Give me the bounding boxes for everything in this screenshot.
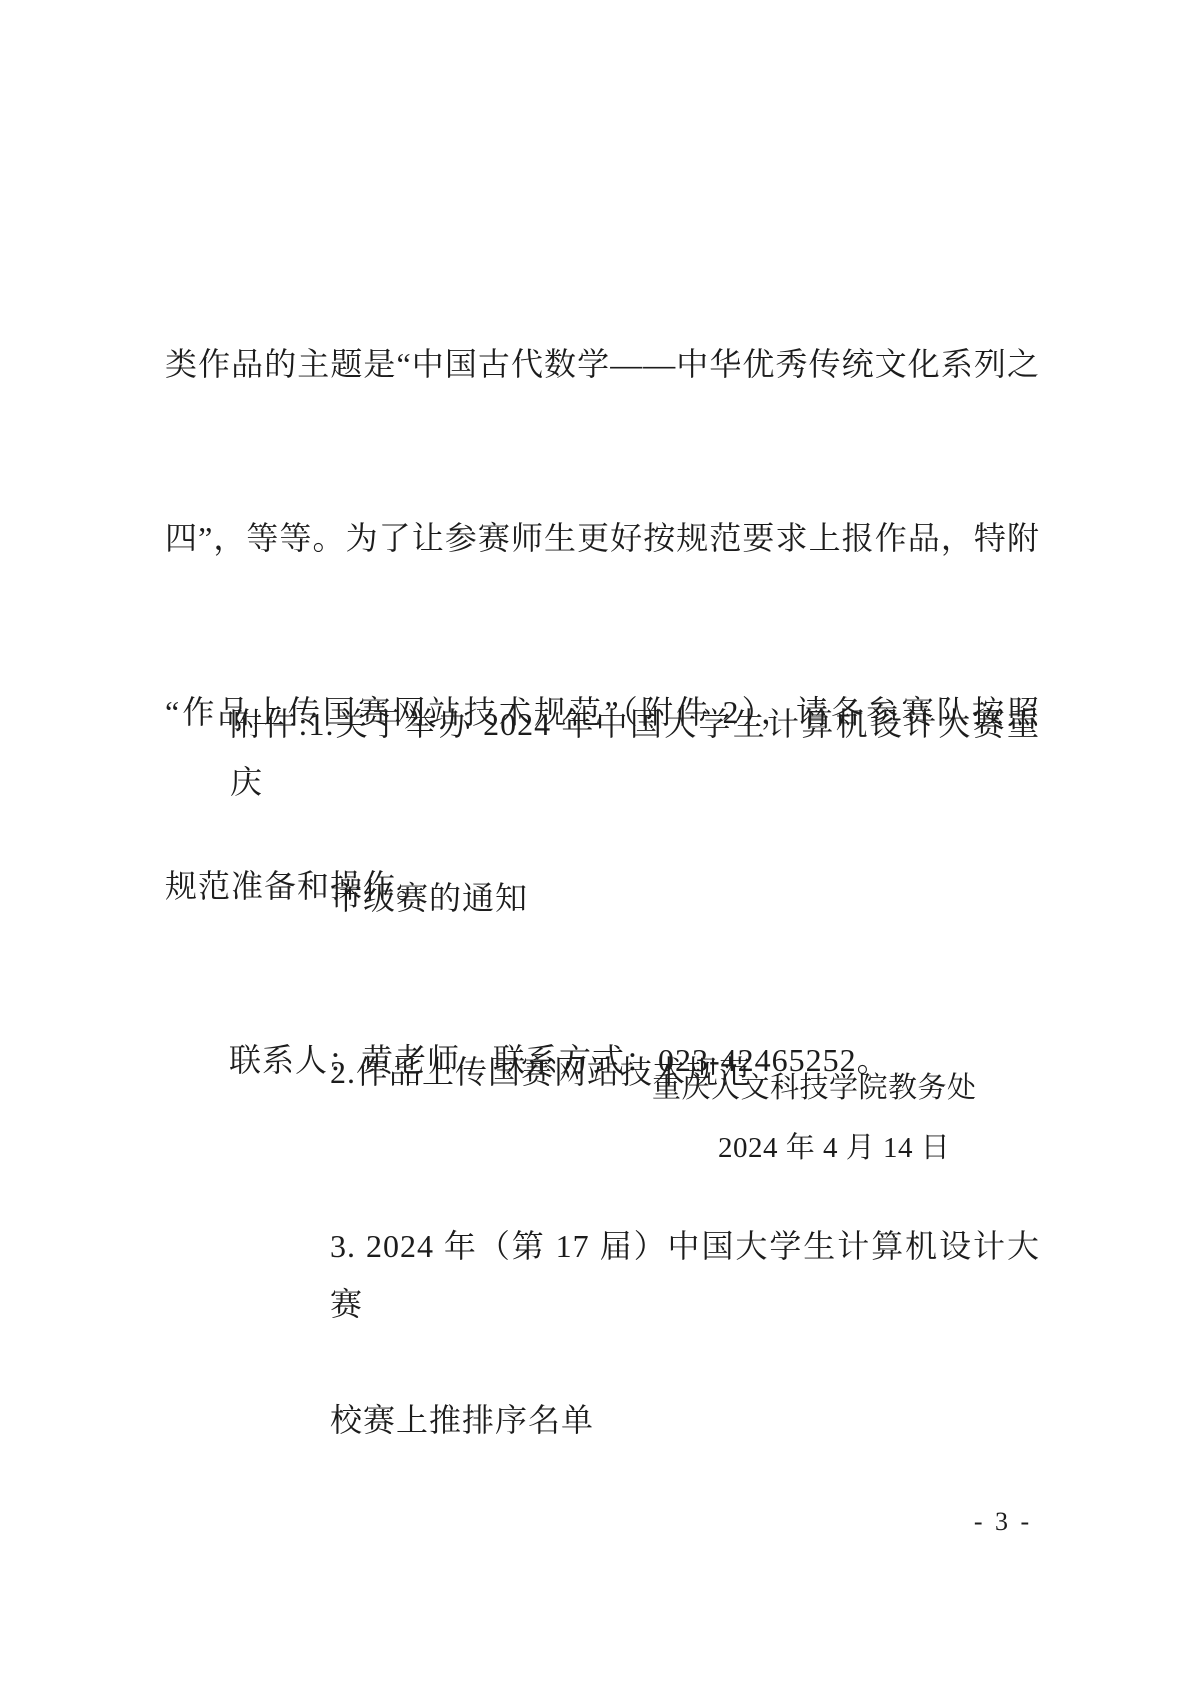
- attachment-3-continuation: 校赛上推排序名单: [330, 1391, 1040, 1449]
- attachments-intro-line: 附件:1.关于举办 2024 年中国大学生计算机设计大赛重庆: [230, 695, 1040, 753]
- attachment-1-continuation: 市级赛的通知: [330, 869, 1040, 927]
- page-number: - 3 -: [958, 1505, 1048, 1539]
- attachment-3-line: 3. 2024 年（第 17 届）中国大学生计算机设计大赛: [330, 1217, 1040, 1275]
- signature-organization: 重庆人文科技学院教务处: [652, 1059, 977, 1117]
- body-line-2: 四”，等等。为了让参赛师生更好按规范要求上报作品，特附: [165, 509, 1040, 567]
- signature-date: 2024 年 4 月 14 日: [718, 1119, 950, 1177]
- body-line-1: 类作品的主题是“中国古代数学——中华优秀传统文化系列之: [165, 335, 1040, 393]
- document-page: 类作品的主题是“中国古代数学——中华优秀传统文化系列之 四”，等等。为了让参赛师…: [0, 0, 1191, 1684]
